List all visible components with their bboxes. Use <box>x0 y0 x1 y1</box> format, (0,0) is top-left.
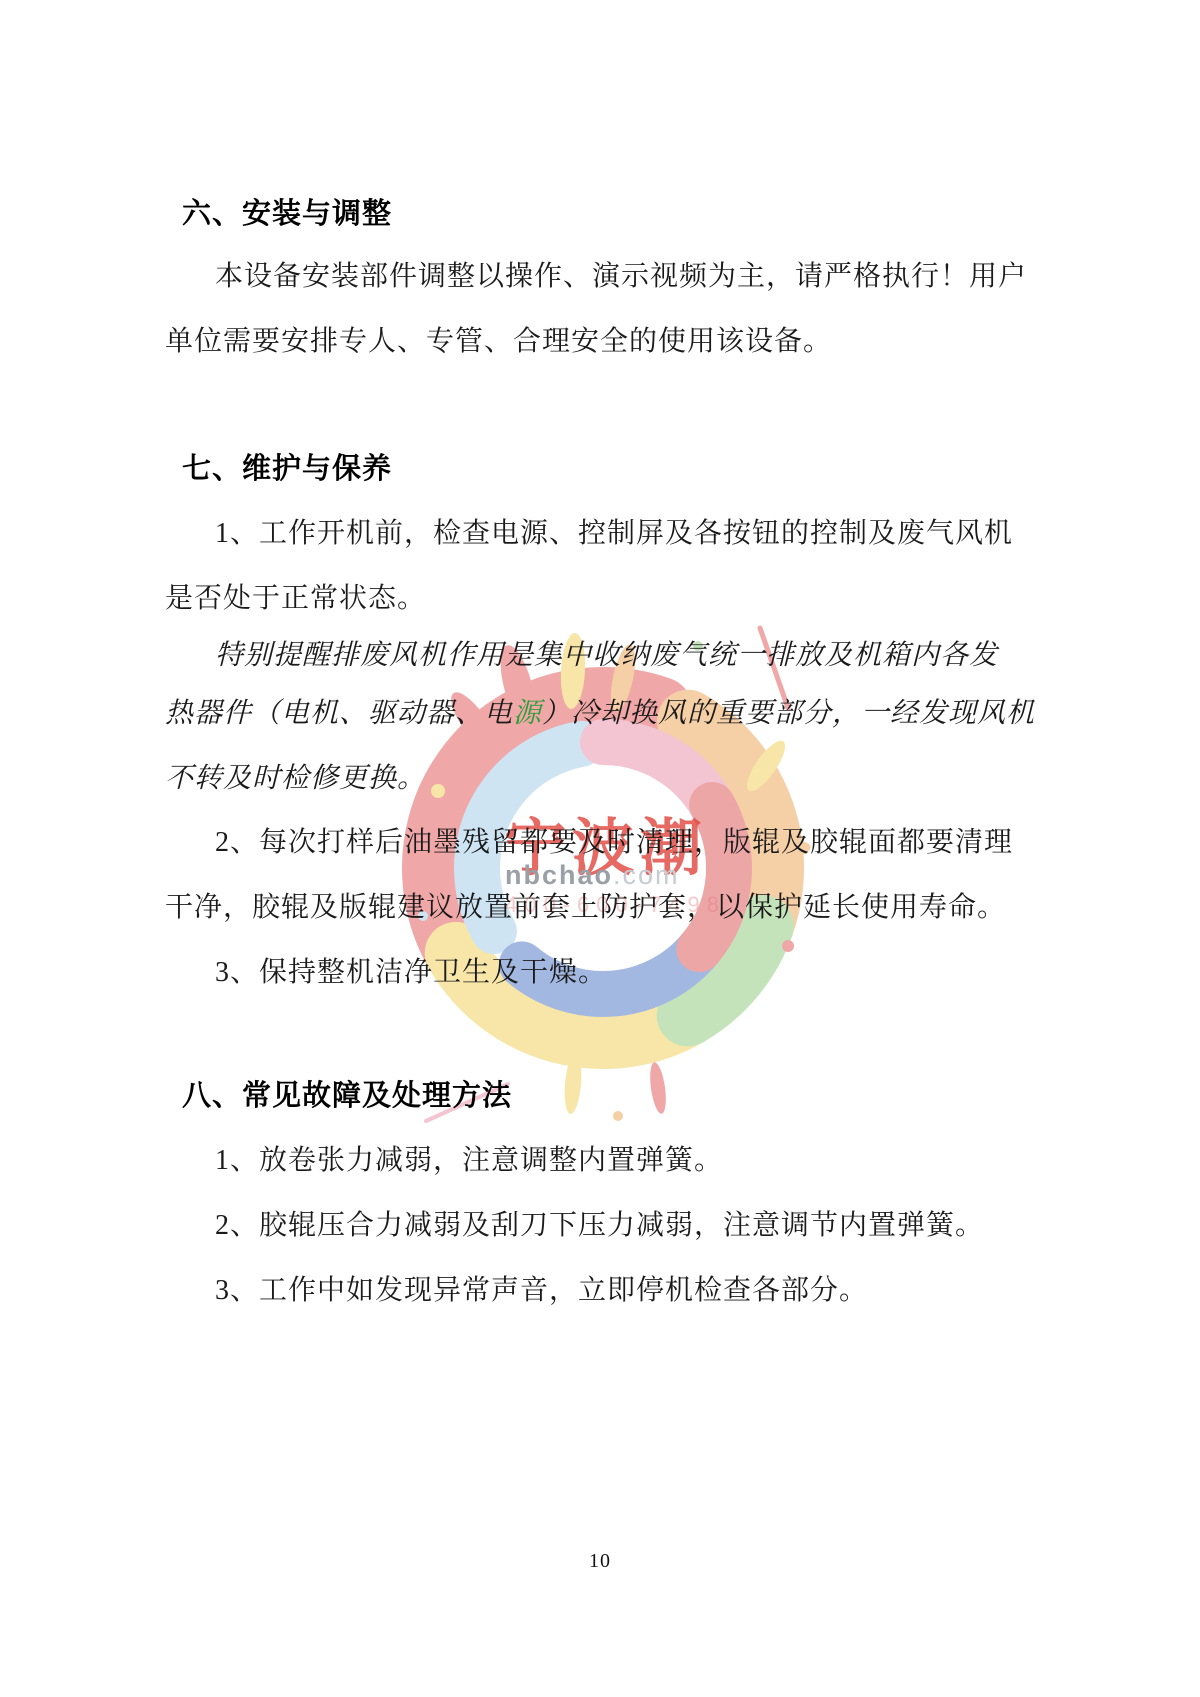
paragraph-line-italic: 特别提醒排废风机作用是集中收纳废气统一排放及机箱内各发 <box>215 639 998 673</box>
line-segment: 热器件（电机、驱动器、电 <box>165 698 513 729</box>
paragraph-line: 干净，胶辊及版辊建议放置前套上防护套，以保护延长使用寿命。 <box>165 891 1006 925</box>
paragraph-line: 1、工作开机前，检查电源、控制屏及各按钮的控制及废气风机 <box>215 517 1013 551</box>
paragraph-line: 3、保持整机洁净卫生及干燥。 <box>215 956 607 990</box>
section-heading-6: 六、安装与调整 <box>182 197 392 232</box>
paragraph-line: 本设备安装部件调整以操作、演示视频为主，请严格执行！用户 <box>215 260 1027 294</box>
highlighted-character: 源 <box>513 698 542 729</box>
paragraph-line: 单位需要安排专人、专管、合理安全的使用该设备。 <box>165 325 832 359</box>
paragraph-line-italic: 热器件（电机、驱动器、电源）冷却换风的重要部分，一经发现风机 <box>165 697 1035 731</box>
paragraph-line: 3、工作中如发现异常声音，立即停机检查各部分。 <box>215 1274 868 1308</box>
page-number: 10 <box>0 1550 1200 1573</box>
section-heading-7: 七、维护与保养 <box>182 452 392 487</box>
paragraph-line: 2、每次打样后油墨残留都要及时清理，版辊及胶辊面都要清理 <box>215 826 1013 860</box>
section-heading-8: 八、常见故障及处理方法 <box>182 1079 512 1114</box>
line-segment: ）冷却换风的重要部分，一经发现风机 <box>542 698 1035 729</box>
paragraph-line: 2、胶辊压合力减弱及刮刀下压力减弱，注意调节内置弹簧。 <box>215 1209 984 1243</box>
paragraph-line-italic: 不转及时检修更换。 <box>165 762 426 796</box>
paragraph-line: 1、放卷张力减弱，注意调整内置弹簧。 <box>215 1144 723 1178</box>
document-body: 六、安装与调整 本设备安装部件调整以操作、演示视频为主，请严格执行！用户 单位需… <box>0 0 1200 1697</box>
paragraph-line: 是否处于正常状态。 <box>165 582 426 616</box>
document-page: 宁波潮 nbchao.com 400-600-7498 六、安装与调整 本设备安… <box>0 0 1200 1697</box>
